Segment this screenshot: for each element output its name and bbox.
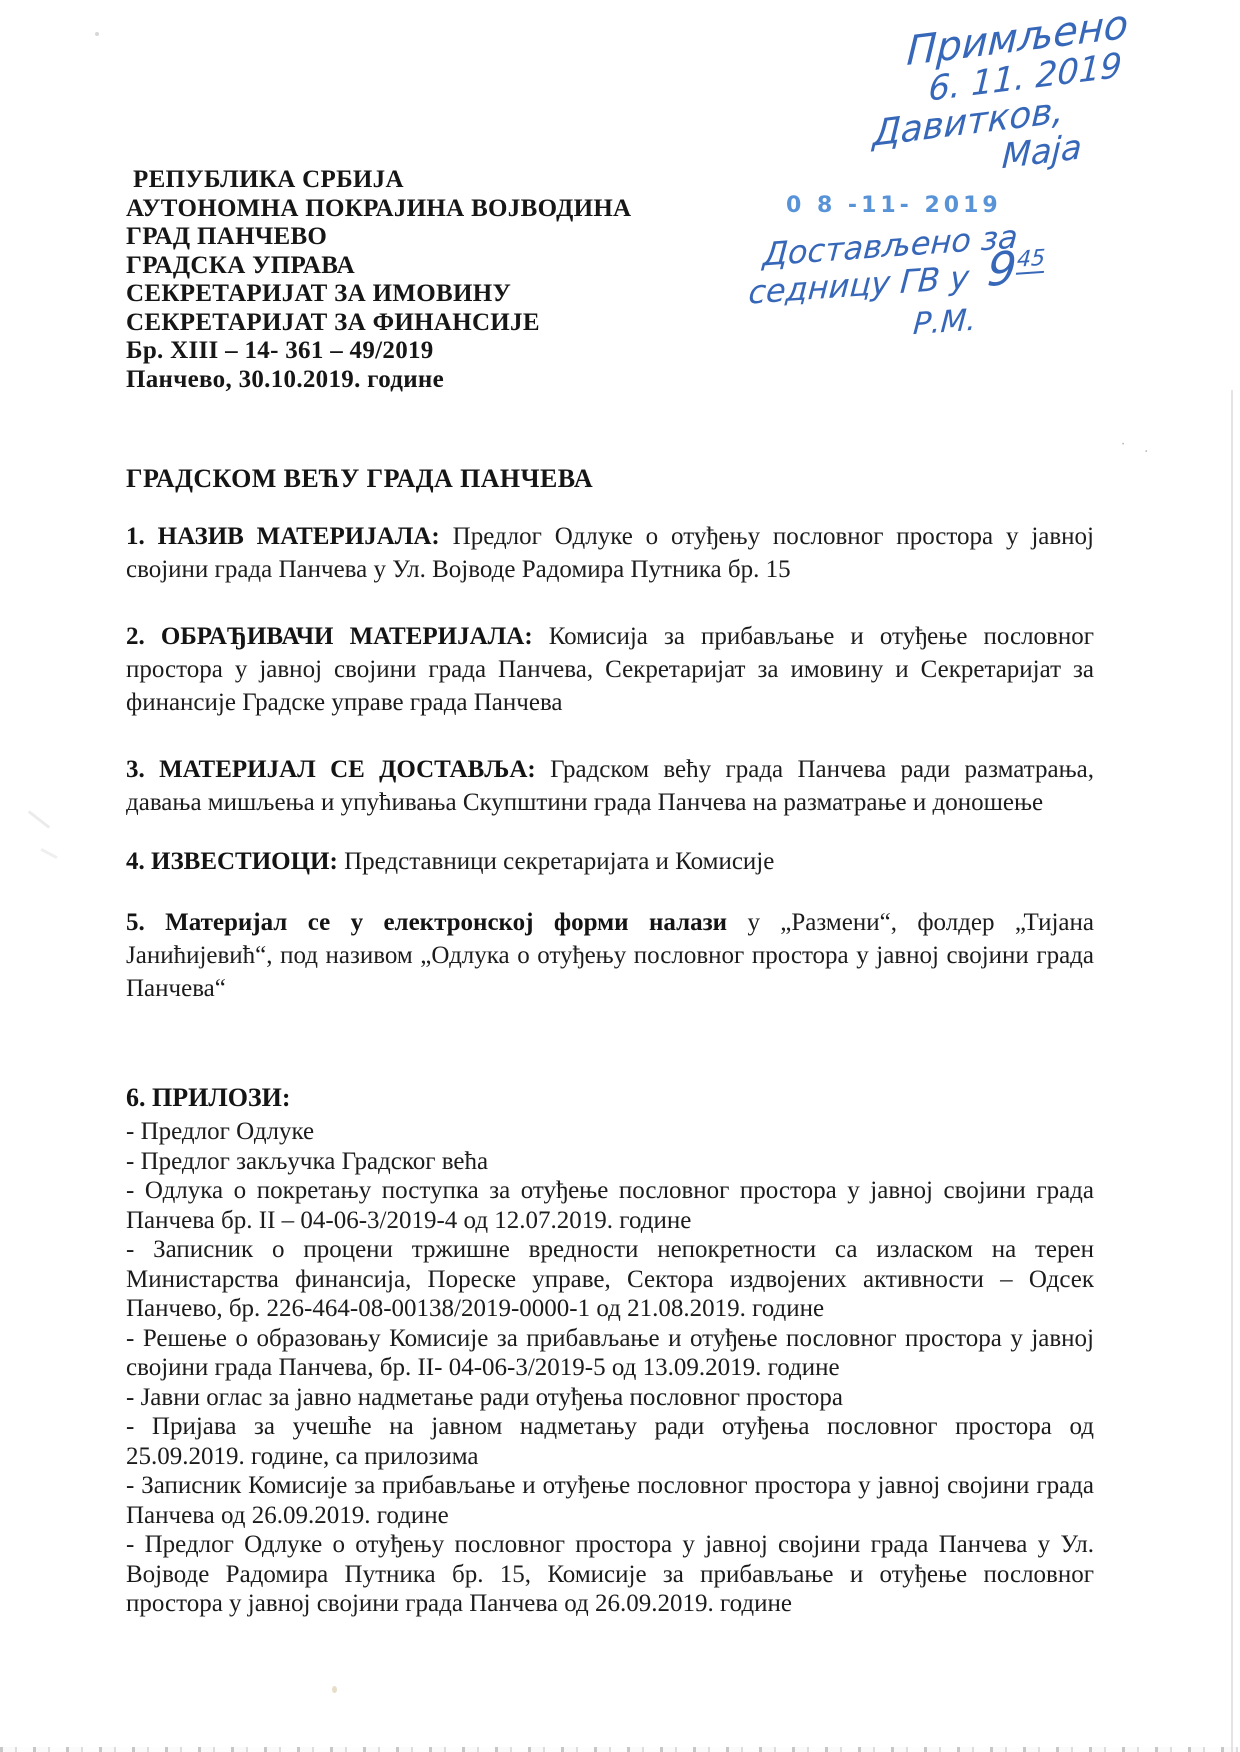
letterhead-line: СЕКРЕТАРИЈАТ ЗА ФИНАНСИЈЕ [126, 309, 631, 338]
section-elektronska-forma: 5. Материјал се у електронској форми нал… [126, 906, 1094, 1005]
section-izvestioci: 4. ИЗВЕСТИОЦИ: Представници секретаријат… [126, 845, 1094, 878]
section-naziv-materijala: 1. НАЗИВ МАТЕРИЈАЛА: Предлог Одлуке о от… [126, 520, 1094, 586]
document-body: 1. НАЗИВ МАТЕРИЈАЛА: Предлог Одлуке о от… [126, 520, 1094, 1619]
delivery-time: 945 [985, 239, 1046, 296]
attachment-item: - Предлог закључка Градског већа [126, 1147, 1094, 1177]
handwritten-delivery-note: Достављено за седницу ГВ у 945 Р.М. [744, 214, 1081, 354]
letterhead-line: СЕКРЕТАРИЈАТ ЗА ИМОВИНУ [126, 280, 631, 309]
letterhead-line: РЕПУБЛИКА СРБИЈА [126, 166, 631, 195]
place-and-date: Панчево, 30.10.2019. године [126, 366, 631, 395]
attachments-heading: 6. ПРИЛОЗИ: [126, 1083, 1094, 1113]
document-number: Бр. XIII – 14- 361 – 49/2019 [126, 337, 631, 366]
section-text: Представници секретаријата и Комисије [344, 848, 774, 875]
section-obradjivaci-materijala: 2. ОБРАЂИВАЧИ МАТЕРИЈАЛА: Комисија за пр… [126, 620, 1094, 719]
scan-speck [95, 32, 99, 36]
letterhead: РЕПУБЛИКА СРБИЈА АУТОНОМНА ПОКРАЈИНА ВОЈ… [126, 166, 631, 394]
section-materijal-se-dostavlja: 3. МАТЕРИЈАЛ СЕ ДОСТАВЉА: Градском већу … [126, 753, 1094, 819]
scan-bottom-edge [0, 1747, 1240, 1752]
attachments-list: - Предлог Одлуке - Предлог закључка Град… [126, 1117, 1094, 1619]
letterhead-line: ГРАД ПАНЧЕВО [126, 223, 631, 252]
attachment-item: - Одлука о покретању поступка за отуђење… [126, 1176, 1094, 1235]
scan-speck [332, 1686, 337, 1693]
attachment-item: - Записник Комисије за прибављање и отуђ… [126, 1471, 1094, 1530]
section-label: 5. Материјал се у електронској форми нал… [126, 909, 727, 936]
addressee-heading: ГРАДСКОМ ВЕЋУ ГРАДА ПАНЧЕВА [126, 464, 593, 494]
attachment-item: - Решење о образовању Комисије за прибав… [126, 1324, 1094, 1383]
section-label: 4. ИЗВЕСТИОЦИ: [126, 848, 338, 875]
delivery-time-hour: 9 [985, 240, 1018, 296]
scan-smudge [28, 810, 50, 828]
handwritten-received-note: Примљено 6. 11. 2019 Давитков, Маја [852, 0, 1178, 194]
scan-smudge [40, 848, 57, 859]
attachment-item: - Записник о процени тржишне вредности н… [126, 1235, 1094, 1324]
delivery-time-minutes: 45 [1016, 246, 1046, 275]
section-label: 1. НАЗИВ МАТЕРИЈАЛА: [126, 523, 440, 550]
attachment-item: - Предлог Одлуке [126, 1117, 1094, 1147]
attachment-item: - Предлог Одлуке о отуђењу пословног про… [126, 1530, 1094, 1619]
attachment-item: - Јавни оглас за јавно надметање ради от… [126, 1383, 1094, 1413]
attachment-item: - Пријава за учешће на јавном надметању … [126, 1412, 1094, 1471]
date-stamp: 0 8 -11- 2019 [786, 193, 1002, 218]
section-label: 2. ОБРАЂИВАЧИ МАТЕРИЈАЛА: [126, 623, 533, 650]
letterhead-line: ГРАДСКА УПРАВА [126, 252, 631, 281]
letterhead-line: АУТОНОМНА ПОКРАЈИНА ВОЈВОДИНА [126, 195, 631, 224]
scan-edge-line [1231, 390, 1233, 1752]
scanned-document-page: Примљено 6. 11. 2019 Давитков, Маја РЕПУ… [0, 0, 1240, 1752]
section-label: 3. МАТЕРИЈАЛ СЕ ДОСТАВЉА: [126, 756, 536, 783]
scan-artifact-ticks: · · [1119, 437, 1158, 463]
